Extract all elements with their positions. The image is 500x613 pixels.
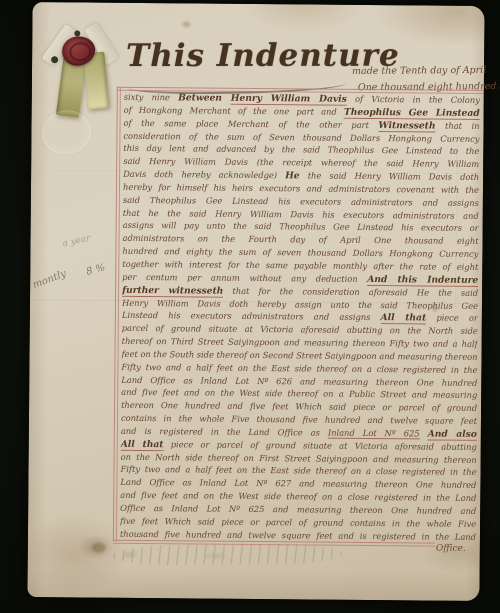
text-segment: on the North side thereof on First Stree…	[121, 451, 477, 464]
text-segment: hundred and eighty the sum of seven thou…	[122, 246, 478, 259]
text-segment: Office as Inland Lot Nº 625 and measurin…	[120, 503, 476, 516]
text-segment: of Hongkong Merchant of the one part and	[124, 105, 344, 117]
text-segment: Inland Lot Nº 625	[328, 428, 420, 440]
text-segment: thereon One hundred and five feet Which …	[121, 400, 477, 413]
text-segment: contains in the whole Five thousand five…	[121, 413, 477, 426]
text-segment: sixty nine	[124, 92, 178, 102]
text-segment: All that	[121, 439, 164, 451]
text-segment: administrators on the Fourth day of Apri…	[123, 233, 479, 246]
text-segment: Fifty two and a half feet on the East si…	[120, 464, 476, 477]
text-segment: Theophilus Gee Linstead	[344, 107, 480, 120]
text-segment: parcel of ground situate at Victoria afo…	[122, 323, 478, 336]
text-segment: thereof on Third Street Saiyingpoon and …	[122, 336, 478, 349]
text-segment: Land Office as Inland Lot Nº 626 and mea…	[121, 374, 477, 387]
pencil-note: 8 %	[85, 262, 106, 278]
text-segment: of the same place Merchant of the other …	[124, 118, 379, 130]
text-segment: hereby for himself his heirs executors a…	[123, 182, 479, 195]
text-segment: piece or parcel of ground situate at Vic…	[163, 439, 476, 452]
text-segment: consideration of the sum of Seven thousa…	[123, 130, 479, 143]
text-segment: that for the consideration aforesaid He …	[223, 285, 478, 297]
text-segment: and five feet and on the West side there…	[121, 387, 477, 400]
text-segment: Witnesseth	[378, 120, 435, 132]
text-segment: Henry William Davis	[231, 93, 347, 106]
offset-ink-marks	[112, 544, 342, 566]
text-segment: further witnesseth	[122, 284, 223, 297]
stain	[92, 543, 106, 553]
pencil-note: montly	[31, 268, 67, 290]
text-segment: Linstead his executors administrators an…	[122, 310, 381, 322]
document-paper: This Indenture made the Tenth day of Apr…	[27, 2, 484, 601]
text-segment: and five feet and on the West side there…	[120, 490, 476, 503]
text-segment: per centum per annum without any deducti…	[122, 272, 367, 284]
text-segment: Davis doth hereby acknowledge)	[123, 169, 285, 180]
text-segment: thousand five hundred and twelve square …	[120, 529, 476, 542]
text-segment: together with interest for the same paya…	[122, 259, 478, 272]
text-segment: of Victoria in the Colony	[347, 94, 480, 105]
catchword: Office.	[436, 544, 466, 554]
text-segment: feet on the South side thereof on Second…	[121, 349, 477, 362]
text-segment: And this Indenture	[367, 274, 478, 287]
text-segment: that he the said Henry William Davis his…	[123, 207, 479, 220]
text-segment: this day lent and advanced by the said T…	[123, 143, 479, 156]
text-segment: Land Office as Inland Lot Nº 627 and mea…	[120, 477, 476, 490]
heading-date-line: made the Tenth day of April	[352, 65, 486, 77]
text-segment: Henry William Davis doth hereby assign u…	[122, 297, 478, 310]
text-segment	[420, 428, 428, 438]
document-body-lines: sixty nine Between Henry William Davis o…	[120, 91, 480, 544]
pencil-note: a year	[62, 233, 92, 249]
seal-shadow-dot	[51, 56, 58, 63]
text-segment: five feet Which said piece or parcel of …	[120, 516, 476, 529]
text-segment: Fifty two and a half feet on the East si…	[121, 362, 477, 375]
text-segment: assigns will pay unto the said Theophilu…	[123, 220, 479, 233]
text-segment: said Theophilus Gee Linstead his executo…	[123, 195, 479, 208]
seal-shadow-dot	[74, 30, 80, 36]
stain	[182, 21, 190, 27]
text-segment: And also	[428, 428, 477, 440]
heading-title: This Indenture	[126, 38, 356, 74]
text-segment: piece or	[426, 313, 478, 323]
text-segment: the said Henry William Davis doth	[300, 170, 480, 182]
text-segment: and is registered in the Land Office as	[121, 426, 328, 438]
text-segment: that in	[435, 120, 479, 130]
text-segment: said Henry William Davis (the receipt wh…	[123, 156, 479, 169]
photo-background: This Indenture made the Tenth day of Apr…	[0, 0, 500, 613]
text-segment: All that	[381, 312, 427, 324]
text-segment: He	[285, 170, 300, 181]
text-segment: Between	[178, 92, 231, 103]
